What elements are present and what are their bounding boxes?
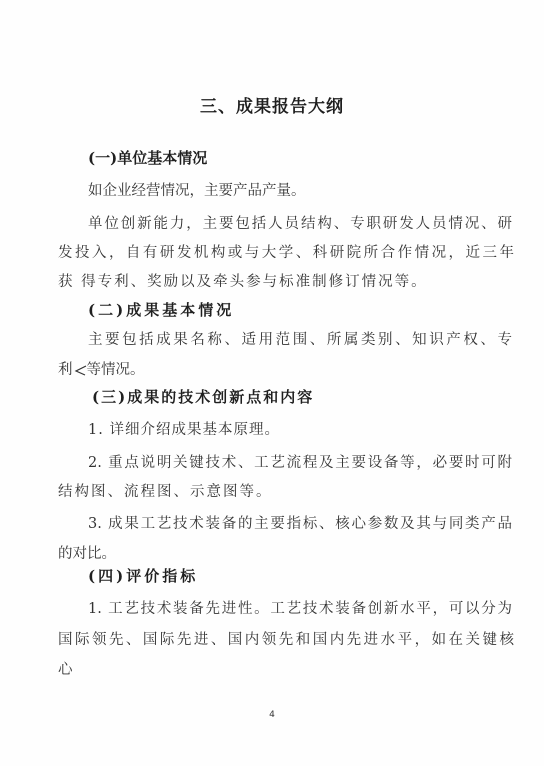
paragraph-line: 获 得专利、奖励以及牵头参与标准制修订情况等。 [58, 272, 428, 292]
handwritten-check-mark-icon [73, 363, 87, 377]
paragraph-line: 发投入，自有研发机构或与大学、科研院所合作情况，近三年 [58, 243, 514, 263]
document-page: 三、成果报告大纲 (一)单位基本情况 如企业经营情况，主要产品产量。 单位创新能… [0, 0, 544, 766]
section-heading-3: (三)成果的技术创新点和内容 [92, 387, 314, 407]
paragraph-line: 主要包括成果名称、适用范围、所属类别、知识产权、专 [88, 330, 512, 350]
paragraph-line-with-mark: 利等情况。 [58, 360, 145, 380]
paragraph-line: 2. 重点说明关键技术、工艺流程及主要设备等，必要时可附 [88, 453, 512, 473]
paragraph-line: 1. 工艺技术装备先进性。工艺技术装备创新水平，可以分为 [88, 599, 512, 619]
paragraph-text: 利 [58, 362, 73, 378]
paragraph-line: 如企业经营情况，主要产品产量。 [88, 181, 306, 201]
page-number: 4 [0, 710, 544, 720]
paragraph-line: 单位创新能力，主要包括人员结构、专职研发人员情况、研 [88, 214, 512, 234]
section-heading-1: (一)单位基本情况 [88, 148, 207, 168]
section-heading-4: (四)评价指标 [88, 566, 198, 586]
paragraph-line: 国际领先、国际先进、国内领先和国内先进水平，如在关键核 [58, 630, 514, 650]
paragraph-line: 心 [58, 660, 73, 680]
paragraph-line: 结构图、流程图、示意图等。 [58, 482, 273, 502]
paragraph-line: 1. 详细介绍成果基本原理。 [88, 420, 280, 440]
section-heading-2: (二)成果基本情况 [88, 300, 234, 320]
paragraph-line: 3. 成果工艺技术装备的主要指标、核心参数及其与同类产品 [88, 514, 512, 534]
paragraph-line: 的对比。 [58, 544, 116, 564]
paragraph-text: 等情况。 [87, 362, 145, 378]
page-title: 三、成果报告大纲 [0, 92, 544, 117]
